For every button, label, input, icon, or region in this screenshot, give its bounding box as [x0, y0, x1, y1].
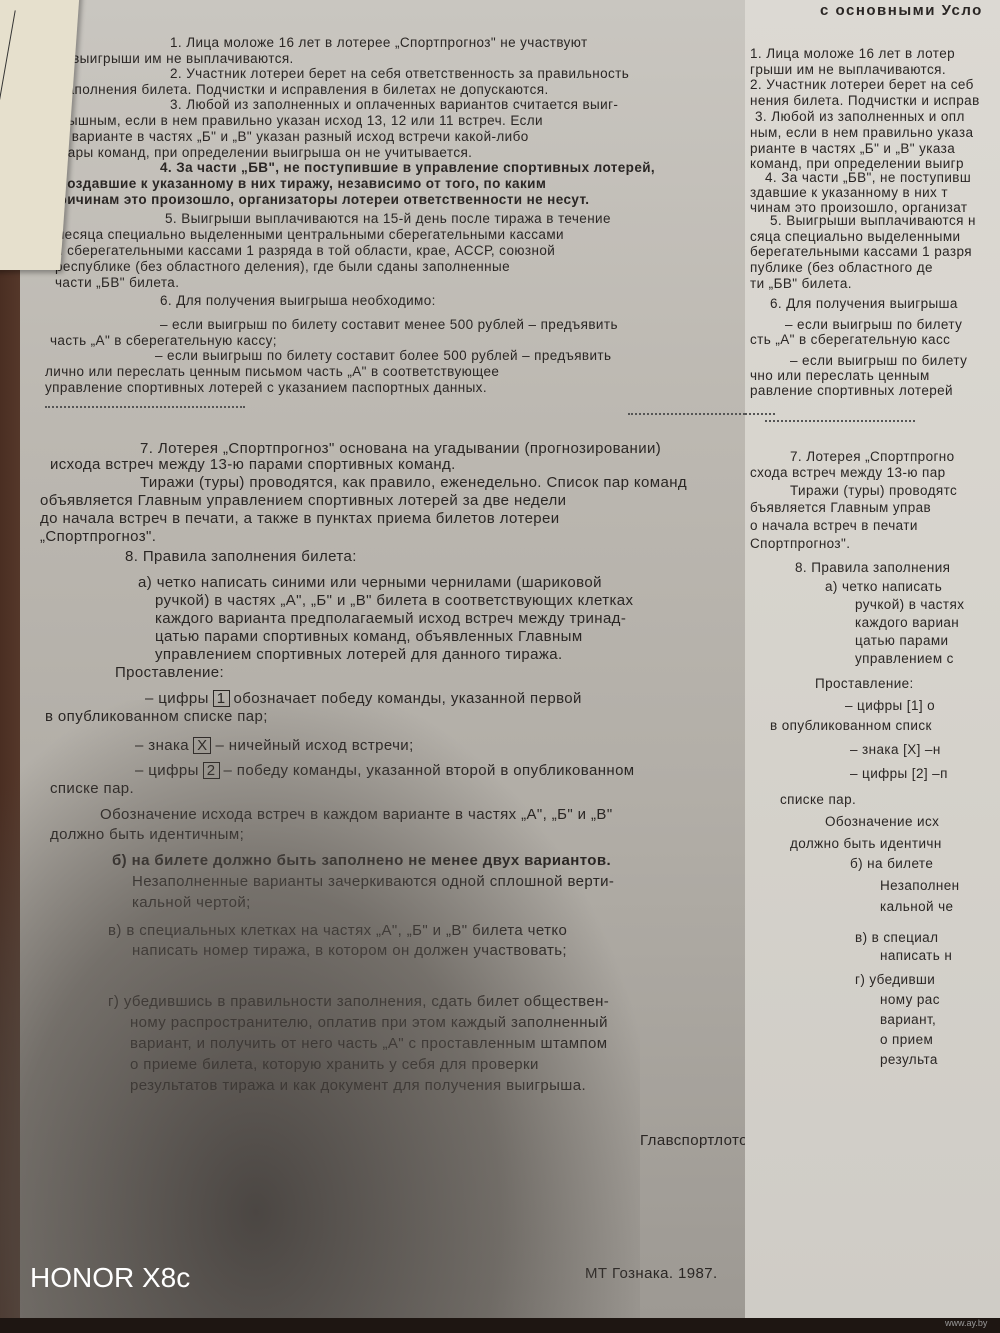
rule-7-line: исхода встреч между 13-ю парами спортивн… [50, 456, 456, 473]
mark-description: – победу команды, указанной второй в опу… [224, 762, 635, 779]
mark-continuation: списке пар. [50, 780, 134, 797]
right-top-line: равление спортивных лотерей [750, 383, 953, 398]
rule-8-line: управление спортивных лотерей с указание… [45, 380, 487, 395]
right-bottom-line: Спортпрогноз". [750, 536, 850, 551]
left-document-page: 1. Лица моложе 16 лет в лотерее „Спортпр… [20, 0, 790, 1318]
right-top-line: грыши им не выплачиваются. [750, 62, 946, 77]
rule-7-line: – если выигрыш по билету составит менее … [160, 317, 618, 332]
rule-8b-line: б) на билете должно быть заполнено не ме… [112, 852, 611, 869]
rule-8b-line: кальной чертой; [132, 894, 251, 911]
right-bottom-line: написать н [880, 948, 952, 963]
rule-8-title: 8. Правила заполнения билета: [125, 548, 357, 565]
right-bottom-line: о начала встреч в печати [750, 518, 918, 533]
right-top-line: берегательными кассами 1 разря [750, 244, 972, 259]
right-bottom-line: б) на билете [850, 856, 933, 871]
rule-7-line: часть „А" в сберегательную кассу; [50, 333, 277, 348]
rule-8a-line: управлением спортивных лотерей для данно… [155, 646, 563, 663]
right-top-line: 1. Лица моложе 16 лет в лотер [750, 46, 955, 61]
mark-continuation: в опубликованном списке пар; [45, 708, 268, 725]
rule-8g-line: результатов тиража и как документ для по… [130, 1077, 586, 1094]
mark-box-icon: X [193, 737, 211, 754]
rule-8a-line: а) четко написать синими или черными чер… [138, 574, 602, 591]
right-top-line: – если выигрыш по билету [785, 317, 962, 332]
cut-line [765, 420, 915, 422]
rule-1-line: 1. Лица моложе 16 лет в лотерее „Спортпр… [170, 35, 588, 50]
cut-line [745, 413, 775, 415]
identical-line: Обозначение исхода встреч в каждом вариа… [100, 806, 613, 823]
mark-description: – ничейный исход встречи; [215, 737, 413, 754]
right-bottom-line: должно быть идентичн [790, 836, 942, 851]
right-bottom-line: 8. Правила заполнения [795, 560, 950, 575]
rule-3-line: 3. Любой из заполненных и оплаченных вар… [170, 97, 618, 112]
right-top-line: 4. За части „БВ", не поступивш [765, 170, 971, 185]
rule-7-tirazhi-line: Тиражи (туры) проводятся, как правило, е… [140, 474, 687, 491]
mark-prefix: – знака [135, 737, 189, 754]
site-watermark: www.ay.by [945, 1318, 987, 1328]
right-bottom-line: результа [880, 1052, 938, 1067]
right-bottom-line: ручкой) в частях [855, 597, 964, 612]
rule-8g-line: г) убедившись в правильности заполнения,… [108, 993, 609, 1010]
right-top-line: нения билета. Подчистки и исправ [750, 93, 980, 108]
mark-description: обозначает победу команды, указанной пер… [234, 690, 582, 707]
mark-legend-X: – знакаX– ничейный исход встречи; [135, 737, 414, 754]
rule-8-line: – если выигрыш по билету составит более … [155, 348, 611, 363]
right-top-line: 6. Для получения выигрыша [770, 296, 958, 311]
right-top-line: рианте в частях „Б" и „В" указа [750, 141, 955, 156]
mark-prefix: – цифры [145, 690, 209, 707]
right-bottom-line: вариант, [880, 1012, 936, 1027]
mark-legend-1: – цифры1обозначает победу команды, указа… [145, 690, 582, 707]
rule-2-line: заполнения билета. Подчистки и исправлен… [60, 82, 549, 97]
rule-8a-line: цатью парами спортивных команд, объявлен… [155, 628, 583, 645]
rule-5-line: 5. Выигрыши выплачиваются на 15-й день п… [165, 211, 611, 226]
rule-2-line: 2. Участник лотереи берет на себя ответс… [170, 66, 629, 81]
photo-scene: 1. Лица моложе 16 лет в лотерее „Спортпр… [0, 0, 1000, 1333]
right-bottom-line: о прием [880, 1032, 933, 1047]
rule-4-line: 4. За части „БВ", не поступившие в управ… [160, 160, 655, 175]
rule-8a-line: ручкой) в частях „А", „Б" и „В" билета в… [155, 592, 633, 609]
mark-box-icon: 2 [203, 762, 220, 779]
right-top-line: сяца специально выделенными [750, 229, 960, 244]
rule-8v-line: в) в специальных клетках на частях „А", … [108, 922, 567, 939]
right-top-line: 2. Участник лотереи берет на себ [750, 77, 974, 92]
right-page-heading: с основными Усло [820, 2, 983, 19]
right-bottom-line: – цифры [2] –п [850, 766, 948, 781]
camera-watermark: HONOR X8c [30, 1262, 190, 1294]
right-bottom-line: Тиражи (туры) проводятс [790, 483, 957, 498]
right-top-line: чно или переслать ценным [750, 368, 930, 383]
right-bottom-line: Проставление: [815, 676, 914, 691]
rule-3-line: в варианте в частях „Б" и „В" указан раз… [60, 129, 529, 144]
rule-8v-line: написать номер тиража, в котором он долж… [132, 942, 567, 959]
right-top-line: ти „БВ" билета. [750, 276, 852, 291]
cut-line [45, 406, 245, 408]
rule-7-tirazhi-line: до начала встреч в печати, а также в пун… [40, 510, 560, 527]
rule-5-line: месяца специально выделенными центральны… [55, 227, 564, 242]
right-top-line: 3. Любой из заполненных и опл [755, 109, 965, 124]
rule-8b-line: Незаполненные варианты зачеркиваются одн… [132, 873, 614, 890]
right-top-line: сть „А" в сберегательную касс [750, 332, 950, 347]
right-bottom-line: управлением с [855, 651, 954, 666]
right-bottom-line: в опубликованном списк [770, 718, 932, 733]
right-bottom-line: ному рас [880, 992, 940, 1007]
right-top-line: публике (без областного де [750, 260, 933, 275]
rule-8a-line: каждого варианта предполагаемый исход вс… [155, 610, 626, 627]
postavlenie-label: Проставление: [115, 664, 224, 681]
rule-4-line: опоздавшие к указанному в них тиражу, не… [50, 176, 546, 191]
rule-1-line: и выигрыши им не выплачиваются. [60, 51, 294, 66]
rule-5-line: части „БВ" билета. [55, 275, 179, 290]
rule-5-line: и сберегательными кассами 1 разряда в то… [55, 243, 555, 258]
right-bottom-line: каждого вариан [855, 615, 959, 630]
rule-3-line: рышным, если в нем правильно указан исхо… [60, 113, 543, 128]
right-bottom-line: Незаполнен [880, 878, 959, 893]
right-bottom-line: – знака [X] –н [850, 742, 941, 757]
mark-legend-2: – цифры2– победу команды, указанной втор… [135, 762, 635, 779]
rule-8g-line: вариант, и получить от него часть „А" с … [130, 1035, 607, 1052]
rule-8-line: лично или переслать ценным письмом часть… [45, 364, 499, 379]
desk-edge [0, 1318, 1000, 1333]
printer-imprint: МТ Гознака. 1987. [585, 1265, 718, 1282]
right-document-page: с основными Усло 1. Лица моложе 16 лет в… [745, 0, 1000, 1318]
right-top-line: здавшие к указанному в них т [750, 185, 948, 200]
right-bottom-line: в) в специал [855, 930, 938, 945]
rule-8g-line: ному распространителю, оплатив при этом … [130, 1014, 608, 1031]
rule-5-line: республике (без областного деления), где… [55, 259, 510, 274]
mark-prefix: – цифры [135, 762, 199, 779]
rule-8g-line: о приеме билета, которую хранить у себя … [130, 1056, 539, 1073]
right-bottom-line: 7. Лотерея „Спортпрогно [790, 449, 955, 464]
right-bottom-line: г) убедивши [855, 972, 935, 987]
right-top-line: – если выигрыш по билету [790, 353, 967, 368]
right-bottom-line: кальной че [880, 899, 953, 914]
rule-7-line: 7. Лотерея „Спортпрогноз" основана на уг… [140, 440, 661, 457]
rule-7-tirazhi-line: „Спортпрогноз". [40, 528, 156, 545]
right-bottom-line: а) четко написать [825, 579, 942, 594]
rule-4-line: причинам это произошло, организаторы лот… [50, 192, 589, 207]
signature: Главспортлото [640, 1132, 748, 1149]
rule-6-line: 6. Для получения выигрыша необходимо: [160, 293, 436, 308]
right-bottom-line: Обозначение исх [825, 814, 939, 829]
identical-line: должно быть идентичным; [50, 826, 244, 843]
right-top-line: команд, при определении выигр [750, 156, 964, 171]
right-bottom-line: цатью парами [855, 633, 949, 648]
right-top-line: ным, если в нем правильно указа [750, 125, 973, 140]
right-bottom-line: – цифры [1] о [845, 698, 935, 713]
right-bottom-line: бъявляется Главным управ [750, 500, 931, 515]
mark-box-icon: 1 [213, 690, 230, 707]
right-bottom-line: списке пар. [780, 792, 856, 807]
rule-7-tirazhi-line: объявляется Главным управлением спортивн… [40, 492, 566, 509]
rule-3-line: пары команд, при определении выигрыша он… [60, 145, 472, 160]
right-bottom-line: схода встреч между 13-ю пар [750, 465, 946, 480]
right-top-line: 5. Выигрыши выплачиваются н [770, 213, 976, 228]
